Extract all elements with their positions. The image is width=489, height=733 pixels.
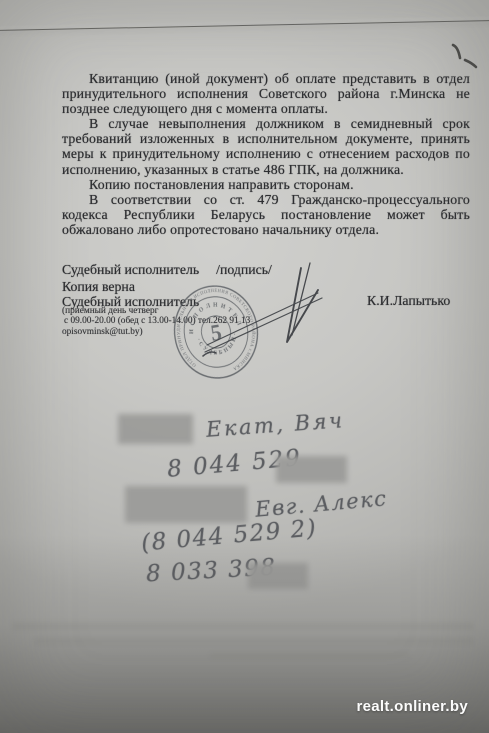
redaction-box-3 <box>125 486 247 523</box>
redaction-box-4 <box>248 563 308 589</box>
redaction-box-2 <box>276 456 347 483</box>
handwritten-signature <box>170 255 345 367</box>
handwritten-names-2: Евг. Алекс <box>254 486 388 521</box>
paragraph-appeal: В соответствии со ст. 479 Гражданско-про… <box>62 192 470 237</box>
redaction-box-1 <box>118 414 193 444</box>
bleed-through-line <box>210 652 410 659</box>
bleed-through-line <box>34 637 474 645</box>
pen-scribble-marks <box>440 32 485 74</box>
paragraph-copy-to-parties: Копию постановления направить сторонам. <box>62 177 470 192</box>
handwritten-names-1: Екат, Вяч <box>205 408 345 442</box>
official-name: К.И.Лапытько <box>367 293 450 309</box>
paragraph-payment-receipt: Квитанцию (иной документ) об оплате пред… <box>62 71 470 116</box>
document-photo: Квитанцию (иной документ) об оплате пред… <box>0 0 489 733</box>
bleed-through-line <box>12 622 474 630</box>
paper-top-edge <box>0 20 489 31</box>
site-watermark: realt.onliner.by <box>357 698 469 715</box>
paragraph-noncompliance: В случае невыполнения должником в семидн… <box>62 116 470 176</box>
document-body: Квитанцию (иной документ) об оплате пред… <box>62 71 470 237</box>
copy-true-label: Копия верна <box>62 279 135 295</box>
